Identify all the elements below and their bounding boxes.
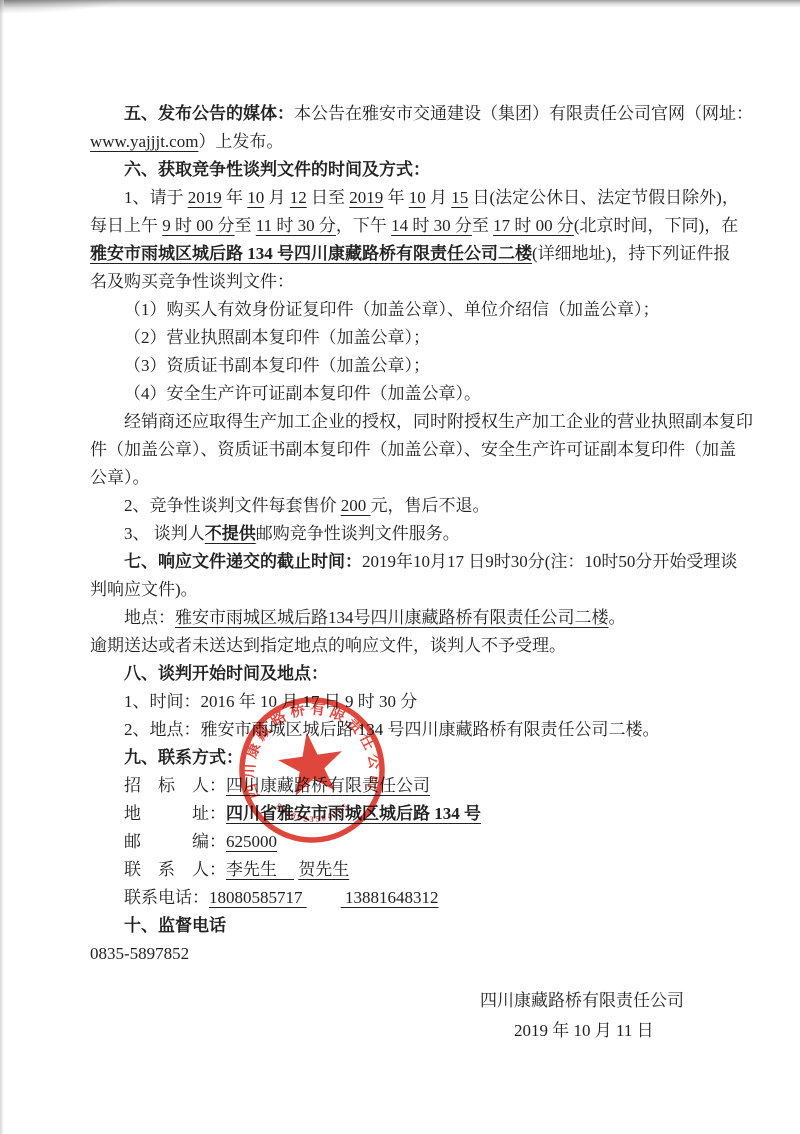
underlined-text-run: 14 时 30 分 [391,216,472,235]
text-line: 名及购买竞争性谈判文件： [90,268,740,296]
underlined-text-run: 2019 [349,188,383,207]
text-line: 邮 编：625000 [90,828,740,856]
underlined-text-run: 9 时 00 分 [162,216,234,235]
underlined-text-run: 15 [451,188,468,207]
text-run: 联 系 人： [124,860,226,879]
text-line: 八、谈判开始时间及地点： [90,660,740,688]
scan-corner-shade [0,0,120,14]
text-line: 1、请于 2019 年 10 月 12 日至 2019 年 10 月 15 日(… [90,184,740,212]
underlined-text-run: 四川省雅安市雨城区城后路 134 号 [226,804,481,823]
underlined-text-run: 12 [290,188,307,207]
underlined-text-run: 贺先生 [298,860,349,879]
text-run: 本公告在雅安市交通建设（集团）有限责任公司官网（网址： [294,104,753,123]
text-run: 件（加盖公章）、资质证书副本复印件（加盖公章）、安全生产许可证副本复印件（加盖 [90,440,736,459]
text-run: 2、地点：雅安市雨城区城后路 134 号四川康藏路桥有限责任公司二楼。 [124,720,660,739]
text-run: 招 标 人： [124,776,226,795]
text-run: 判响应文件)。 [90,580,198,599]
scan-edge-left [0,0,4,1134]
text-run: 公章）。 [90,468,150,487]
underlined-text-run: 雅安市雨城区城后路134号四川康藏路桥有限责任公司二楼 [175,608,609,627]
text-run: 逾期送达或者未送达到指定地点的响应文件，谈判人不予受理。 [90,636,566,655]
text-line: 0835-5897852 [90,940,740,968]
text-line: 件（加盖公章）、资质证书副本复印件（加盖公章）、安全生产许可证副本复印件（加盖 [90,436,740,464]
text-line: 雅安市雨城区城后路 134 号四川康藏路桥有限责任公司二楼(详细地址)，持下列证… [90,240,740,268]
text-run: 月 [264,188,290,207]
text-run: 名及购买竞争性谈判文件： [90,272,294,291]
text-line: （4）安全生产许可证副本复印件（加盖公章）。 [90,380,740,408]
text-line: （1）购买人有效身份证复印件（加盖公章）、单位介绍信（加盖公章）； [90,296,740,324]
scan-edge-top [0,0,800,8]
text-run: 月 [426,188,452,207]
text-line: 判响应文件)。 [90,576,740,604]
text-run: 1、时间：2016 年 10 月 17 日 9 时 30 分 [124,692,417,711]
text-run: 至 [472,216,493,235]
text-run: （3）资质证书副本复印件（加盖公章）； [124,356,430,375]
text-run [307,888,341,907]
text-run: 日(法定公休日、法定节假日除外)， [468,188,739,207]
underlined-text-run: 雅安市雨城区城后路 134 号四川康藏路桥有限责任公司二楼 [90,244,532,263]
text-line: 2、竞争性谈判文件每套售价 200 元，售后不退。 [90,492,740,520]
text-run: 七、响应文件递交的截止时间： [124,552,362,571]
text-run: ）上发布。 [198,132,283,151]
text-run: 每日上午 [90,216,162,235]
text-line: 公章）。 [90,464,740,492]
text-line: 每日上午 9 时 00 分至 11 时 30 分，下午 14 时 30 分至 1… [90,212,740,240]
text-run: 十、监督电话 [124,916,226,935]
text-run: (北京时间，下同)，在 [574,216,738,235]
text-run: 元，售后不退。 [371,496,490,515]
document-page: 五、发布公告的媒体：本公告在雅安市交通建设（集团）有限责任公司官网（网址：www… [90,100,740,1045]
text-run: 五、发布公告的媒体： [124,104,294,123]
text-run: 地点： [124,608,175,627]
text-run: 2019年10月17 日9时30分(注：10时50分开始受理谈 [362,552,737,571]
text-run: 0835-5897852 [90,944,189,963]
underlined-text-run: 四川康藏路桥有限责任公司 [226,776,430,795]
text-run: 。 [609,608,626,627]
text-run: 年 [222,188,248,207]
text-line: 联 系 人：李先生 贺先生 [90,856,740,884]
text-line: www.yajjjt.com）上发布。 [90,128,740,156]
underlined-text-run: 200 [341,496,371,515]
text-run: 邮 编： [124,832,226,851]
signature-date: 2019 年 10 月 11 日 [90,1017,740,1045]
text-run: 至 [235,216,256,235]
underlined-text-run: 17 时 00 分 [493,216,574,235]
underlined-text-run: 11 时 30 分 [256,216,336,235]
text-run: 年 [383,188,409,207]
underlined-text-run: 10 [247,188,264,207]
text-line: 地点：雅安市雨城区城后路134号四川康藏路桥有限责任公司二楼。 [90,604,740,632]
text-run: 邮购竞争性谈判文件服务。 [256,524,460,543]
text-line: 3、 谈判人不提供邮购竞争性谈判文件服务。 [90,520,740,548]
text-run: 经销商还应取得生产加工企业的授权，同时附授权生产加工企业的营业执照副本复印 [124,412,753,431]
underlined-text-run: 625000 [226,832,277,851]
text-line: 招 标 人：四川康藏路桥有限责任公司 [90,772,740,800]
underlined-text-run: 18080585717 [209,888,307,907]
text-run: （4）安全生产许可证副本复印件（加盖公章）。 [124,384,481,403]
underlined-text-run: 10 [409,188,426,207]
text-line: （2）营业执照副本复印件（加盖公章）； [90,324,740,352]
text-run: 九、联系方式： [124,748,243,767]
signature-company: 四川康藏路桥有限责任公司 [90,987,740,1015]
text-run: ，下午 [336,216,391,235]
text-line: 逾期送达或者未送达到指定地点的响应文件，谈判人不予受理。 [90,632,740,660]
text-line: 十、监督电话 [90,912,740,940]
underlined-text-run: 李先生 [226,860,294,879]
text-line: 1、时间：2016 年 10 月 17 日 9 时 30 分 [90,688,740,716]
text-run: 六、获取竞争性谈判文件的时间及方式： [124,160,430,179]
text-line: 七、响应文件递交的截止时间：2019年10月17 日9时30分(注：10时50分… [90,548,740,576]
text-line: 联系电话：18080585717 13881648312 [90,884,740,912]
text-line: 五、发布公告的媒体：本公告在雅安市交通建设（集团）有限责任公司官网（网址： [90,100,740,128]
document-body: 五、发布公告的媒体：本公告在雅安市交通建设（集团）有限责任公司官网（网址：www… [90,100,740,968]
text-run: 2、竞争性谈判文件每套售价 [124,496,341,515]
text-run: 日至 [307,188,350,207]
text-line: 九、联系方式： [90,744,740,772]
text-run: 地 址： [124,804,226,823]
text-line: 2、地点：雅安市雨城区城后路 134 号四川康藏路桥有限责任公司二楼。 [90,716,740,744]
text-run: （2）营业执照副本复印件（加盖公章）； [124,328,430,347]
underlined-text-run: 不提供 [205,524,256,543]
text-line: （3）资质证书副本复印件（加盖公章）； [90,352,740,380]
underlined-text-run: 13881648312 [341,888,439,907]
underlined-text-run: www.yajjjt.com [90,132,198,151]
text-run: 八、谈判开始时间及地点： [124,664,328,683]
text-run: 1、请于 [124,188,188,207]
text-run: 3、 谈判人 [124,524,205,543]
text-run: 联系电话： [124,888,209,907]
text-line: 经销商还应取得生产加工企业的授权，同时附授权生产加工企业的营业执照副本复印 [90,408,740,436]
text-line: 地 址：四川省雅安市雨城区城后路 134 号 [90,800,740,828]
text-line: 六、获取竞争性谈判文件的时间及方式： [90,156,740,184]
text-run: (详细地址)，持下列证件报 [532,244,730,263]
text-run: （1）购买人有效身份证复印件（加盖公章）、单位介绍信（加盖公章）； [124,300,660,319]
underlined-text-run: 2019 [188,188,222,207]
